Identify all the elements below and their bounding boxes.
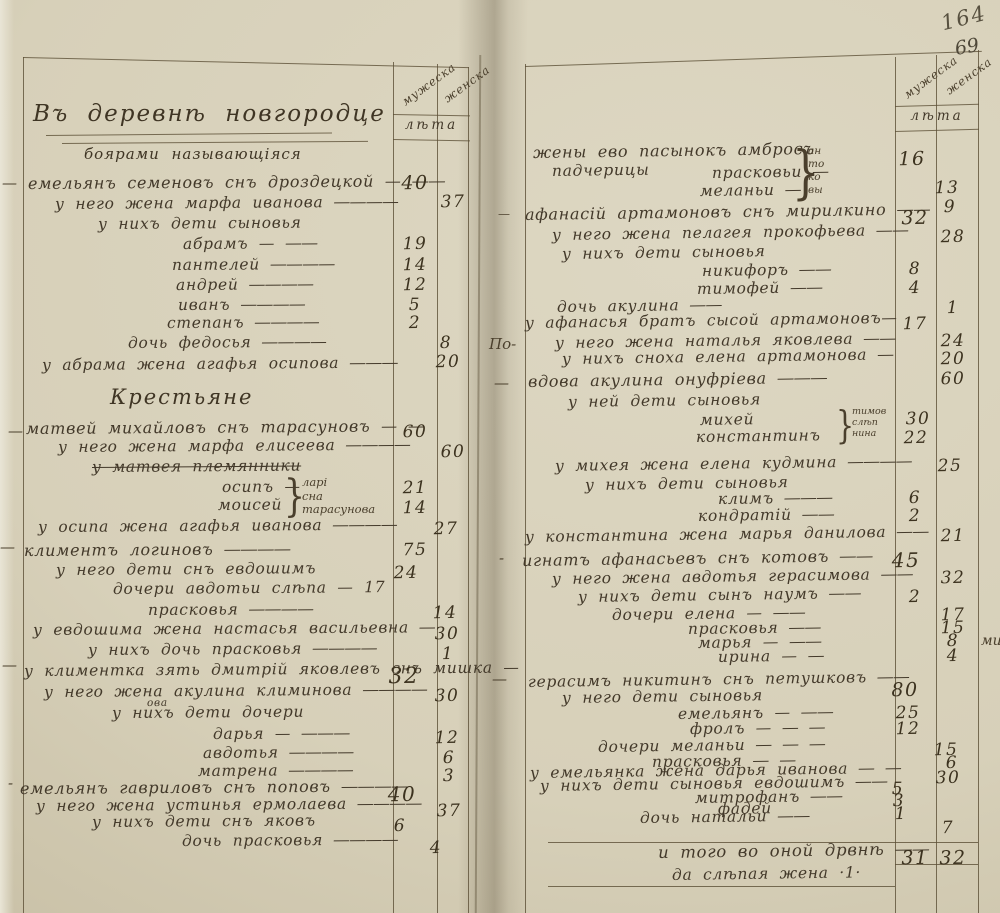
age-value: 14: [433, 605, 458, 622]
frame-line: [978, 50, 979, 913]
entry-line: иванъ ――――: [178, 297, 306, 313]
age-value: 20: [941, 351, 966, 368]
brace-note-line: то: [808, 159, 824, 170]
age-value: 7: [942, 820, 955, 837]
folio-number-top: 164: [939, 3, 989, 35]
folio-number-bottom: 69: [954, 36, 981, 59]
brace-note-line: слѣп: [852, 418, 878, 428]
entry-line: климентъ логиновъ ――――: [24, 541, 291, 559]
brace-note-line: тарасунова: [302, 504, 375, 516]
entry-line: константинъ: [696, 428, 821, 445]
entry-line: прасковья ――――: [148, 602, 314, 619]
summary-line: [548, 886, 895, 887]
entry-line: у него жена пелагея прокофьева ――: [552, 223, 909, 243]
entry-line: моисей: [218, 498, 282, 514]
age-value: 45: [892, 550, 921, 570]
age-value: 6: [443, 750, 456, 767]
entry-line: у него дети снъ евдошимъ: [56, 561, 316, 578]
age-value: 1: [442, 646, 455, 663]
age-value: 13: [935, 180, 960, 197]
entry-line: падчерицы: [552, 163, 650, 180]
age-value: 12: [403, 277, 428, 294]
age-value: 12: [896, 721, 921, 738]
age-value: 31: [901, 849, 929, 868]
age-value: 32: [941, 570, 966, 587]
entry-line: у него жена акулина климинова ――――: [44, 682, 428, 700]
column-header-age: лѣта: [895, 110, 979, 124]
age-value: 16: [898, 150, 926, 169]
entry-line: михей: [700, 412, 754, 428]
section-heading: Крестьяне: [110, 387, 253, 408]
frame-line: [525, 51, 982, 68]
age-value: 2: [409, 315, 422, 332]
manuscript-scan: мужеска женска лѣта Въ деревнѣ новгородц…: [0, 0, 1000, 913]
age-value: 6: [394, 818, 407, 835]
age-value: 3: [443, 768, 456, 785]
age-value: 40: [388, 784, 417, 804]
margin-note: —: [8, 424, 23, 439]
age-value: 5: [409, 297, 422, 314]
entry-line: степанъ ――――: [167, 315, 320, 332]
page-title: Въ деревнѣ новгородце: [33, 103, 386, 126]
margin-note: —: [494, 376, 509, 391]
entry-line: вдова акулина онуфріева ―――: [528, 370, 828, 390]
brace-note-line: нина: [852, 429, 876, 439]
age-value: 4: [430, 840, 443, 857]
age-value: 30: [435, 688, 460, 705]
entry-line: у матвея племянники: [92, 459, 301, 476]
age-value: 9: [944, 199, 957, 216]
frame-line: [23, 57, 469, 69]
age-value: 60: [403, 424, 428, 441]
age-value: 40: [401, 174, 429, 193]
margin-note: —: [492, 672, 507, 687]
age-value: 6: [909, 490, 922, 507]
entry-line: у константина жена марья данилова ――: [525, 524, 929, 545]
age-value: 37: [437, 803, 462, 820]
age-value: 4: [909, 280, 922, 297]
entry-line: ирина — ―: [718, 649, 825, 666]
margin-note: -: [8, 776, 13, 791]
age-value: 21: [403, 480, 428, 497]
margin-note: По-: [489, 337, 516, 352]
age-value: 30: [435, 626, 460, 643]
age-value: 28: [941, 229, 966, 246]
entry-line: дочь федосья ――――: [128, 335, 327, 352]
entry-line: у нихъ дочь прасковья ――――: [88, 641, 378, 659]
entry-line: у нихъ дети снъ яковъ: [92, 813, 316, 830]
age-value: 32: [939, 849, 967, 868]
title-underline: [46, 133, 332, 137]
age-value: 2: [909, 508, 922, 525]
entry-line: да слѣпая жена ·1·: [672, 865, 861, 883]
entry-line: афанасій артамоновъ снъ мирилкино ――: [525, 201, 931, 223]
age-value: 30: [906, 411, 931, 428]
entry-line: у нихъ дети сыновья: [98, 216, 302, 233]
entry-line: у абрама жена агафья осипова ―――: [42, 356, 399, 374]
entry-line: у михея жена елена кудмина ――――: [555, 454, 913, 474]
age-value: 32: [901, 209, 929, 228]
age-value: 4: [947, 648, 960, 665]
frame-line: [468, 67, 469, 913]
age-value: 80: [891, 681, 919, 700]
brace-note-line: ларі: [302, 477, 327, 489]
entry-line: у нихъ дети сыновья: [562, 244, 766, 262]
age-value: 8: [909, 261, 922, 278]
brace-note-line: сна: [302, 491, 323, 503]
header-line: [393, 139, 470, 142]
age-value: 14: [403, 257, 428, 274]
entry-line: емельянъ семеновъ снъ дроздецкой — ――: [28, 173, 446, 192]
entry-line: пантелей ――――: [172, 257, 335, 274]
age-value: 60: [941, 371, 966, 388]
entry-line: у евдошима жена настасья васильевна ―: [33, 620, 436, 638]
age-value: 75: [403, 542, 428, 559]
age-value: 25: [938, 458, 963, 475]
entry-line: андрей ――――: [176, 277, 314, 293]
entry-line: никифоръ ――: [702, 262, 832, 279]
entry-line: дочь натальи ――: [640, 809, 810, 827]
entry-line: у нихъ дети дочери: [112, 705, 304, 722]
column-header-age: лѣта: [393, 119, 470, 133]
entry-line: у осипа жена агафья иванова ――――: [38, 517, 398, 535]
age-value: 37: [441, 194, 466, 211]
entry-line: и того во оной дрвнѣ ――: [658, 841, 930, 861]
entry-line: у него жена марфа иванова ――――: [55, 195, 399, 213]
entry-line: у нихъ сноха елена артамонова ―: [562, 347, 894, 367]
margin-note: —: [498, 208, 510, 220]
age-value: 1: [895, 806, 908, 823]
page-subtitle: боярами называющіяся: [84, 147, 302, 162]
entry-line: дочь прасковья ――――: [182, 832, 399, 849]
margin-note: —: [2, 658, 17, 673]
age-value: 24: [941, 333, 966, 350]
entry-line: абрамъ — ――: [183, 236, 318, 252]
age-value: 2: [909, 589, 922, 606]
age-value: 22: [904, 430, 929, 447]
entry-line: авдотья ――――: [203, 745, 354, 762]
entry-line: жены ево пасынокъ амбросъ: [533, 141, 815, 161]
age-value: 32: [388, 666, 419, 689]
entry-line: меланьи ―: [700, 183, 802, 200]
margin-note: —: [0, 540, 15, 555]
age-value: 1: [947, 300, 960, 317]
age-value: 60: [441, 444, 466, 461]
margin-note: —: [2, 176, 17, 191]
brace-note-line: вы: [808, 185, 823, 196]
entry-line: у него жена марфа елисеева ――――: [58, 438, 411, 456]
age-value: 20: [436, 354, 461, 371]
age-value: 8: [440, 335, 453, 352]
age-value: 27: [434, 521, 459, 538]
age-value: 14: [403, 500, 428, 517]
age-value: 30: [936, 770, 961, 787]
entry-line: у ней дети сыновья: [568, 392, 761, 410]
entry-line: матвей михайловъ снъ тарасуновъ — ―: [26, 418, 425, 437]
frame-line: [525, 64, 526, 913]
margin-note: ми: [981, 634, 1000, 648]
brace-note-line: тимов: [852, 407, 886, 417]
brace-note-line: ан: [808, 146, 821, 157]
margin-note: -: [499, 551, 504, 566]
age-value: 19: [403, 236, 428, 253]
brace-note-line: ко: [808, 172, 821, 183]
entry-line: у нихъ дети сынъ наумъ ――: [578, 586, 862, 605]
entry-line: у афанасья братъ сысой артамоновъ—: [525, 311, 898, 332]
entry-line: дочери авдотьи слѣпа — 17: [113, 580, 385, 597]
column-line: [437, 64, 438, 913]
entry-line: кондратій ――: [698, 507, 835, 524]
entry-line: дарья — ―――: [213, 726, 350, 742]
title-underline: [62, 141, 368, 144]
age-value: 17: [903, 316, 928, 333]
age-value: 24: [394, 565, 419, 582]
age-value: 12: [435, 730, 460, 747]
age-value: 21: [941, 528, 966, 545]
